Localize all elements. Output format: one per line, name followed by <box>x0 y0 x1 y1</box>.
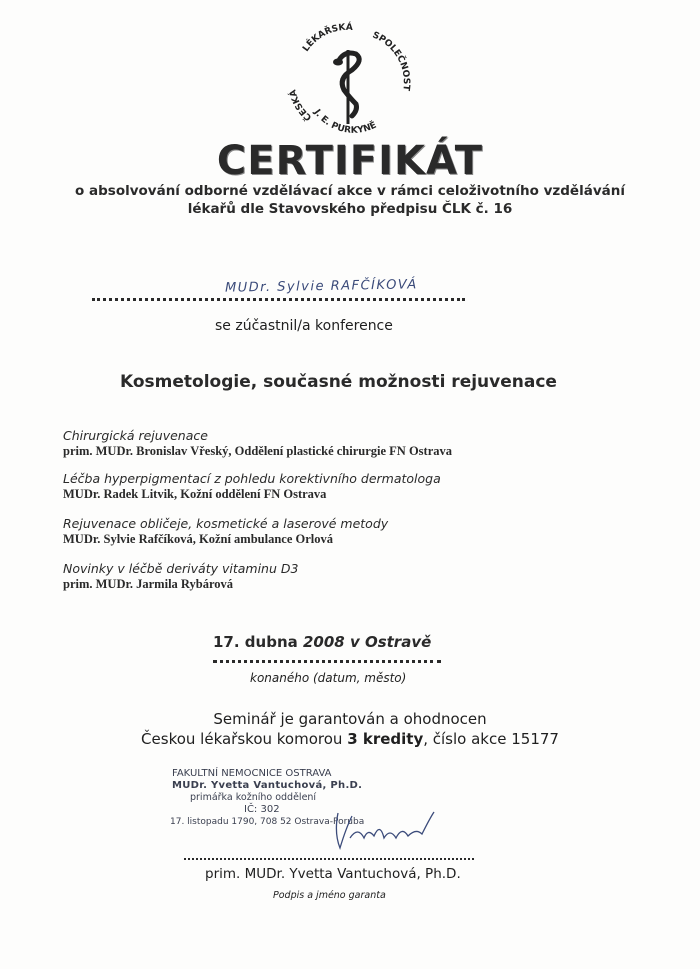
guarantor-name: prim. MUDr. Yvetta Vantuchová, Ph.D. <box>205 866 461 882</box>
guarantor-label: Podpis a jméno garanta <box>273 890 386 901</box>
guarantor-dotted-line <box>184 858 474 860</box>
lecture-title: Chirurgická rejuvenace <box>63 428 452 444</box>
guarantee-prefix: Českou lékařskou komorou <box>141 730 347 748</box>
event-date: 17. dubna 2008 v Ostravě <box>213 633 431 651</box>
certificate-subtitle-line1: o absolvování odborné vzdělávací akce v … <box>0 183 700 199</box>
stamp-line: FAKULTNÍ NEMOCNICE OSTRAVA <box>172 768 382 780</box>
handwritten-signature <box>330 808 440 853</box>
date-label: konaného (datum, město) <box>250 671 406 685</box>
certificate-title: CERTIFIKÁT <box>0 138 700 184</box>
event-date-day: 17. dubna <box>213 633 303 651</box>
conference-title: Kosmetologie, současné možnosti rejuvena… <box>120 372 557 392</box>
credits-value: 3 kredity <box>347 730 423 748</box>
lecture-author: prim. MUDr. Jarmila Rybárová <box>63 577 298 592</box>
logo-ring-bottom: J. E. PURKYNĚ <box>311 107 378 136</box>
guarantee-line1: Seminář je garantován a ohodnocen <box>0 710 700 728</box>
lecture-author: MUDr. Sylvie Rafčíková, Kožní ambulance … <box>63 532 388 547</box>
logo-ring-top: LÉKAŘSKÁ <box>301 21 353 54</box>
lecture-item: Léčba hyperpigmentací z pohledu korektiv… <box>63 471 441 502</box>
lecture-title: Rejuvenace obličeje, kosmetické a lasero… <box>63 516 388 532</box>
stamp-line: MUDr. Yvetta Vantuchová, Ph.D. <box>172 780 382 792</box>
guarantee-suffix: , číslo akce 15177 <box>423 730 559 748</box>
attended-text: se zúčastnil/a konference <box>215 318 393 334</box>
event-date-year-place: 2008 v Ostravě <box>303 633 431 651</box>
stamp-line: primářka kožního oddělení <box>190 792 382 804</box>
society-logo: ČESKÁ LÉKAŘSKÁ SPOLEČNOST J. E. PURKYNĚ <box>272 12 422 137</box>
participant-dotted-line <box>92 298 465 301</box>
lecture-item: Novinky v léčbě deriváty vitaminu D3 pri… <box>63 561 298 592</box>
logo-ring-right: SPOLEČNOST <box>371 30 411 92</box>
logo-ring-left: ČESKÁ <box>286 88 314 123</box>
date-dotted-line <box>213 660 441 663</box>
lecture-title: Léčba hyperpigmentací z pohledu korektiv… <box>63 471 441 487</box>
participant-name: MUDr. Sylvie RAFČÍKOVÁ <box>225 277 418 295</box>
rod-of-asclepius-icon <box>333 50 359 124</box>
lecture-title: Novinky v léčbě deriváty vitaminu D3 <box>63 561 298 577</box>
certificate-subtitle-line2: lékařů dle Stavovského předpisu ČLK č. 1… <box>0 201 700 217</box>
lecture-item: Chirurgická rejuvenace prim. MUDr. Broni… <box>63 428 452 459</box>
lecture-item: Rejuvenace obličeje, kosmetické a lasero… <box>63 516 388 547</box>
guarantee-line2: Českou lékařskou komorou 3 kredity, čísl… <box>0 730 700 748</box>
lecture-author: MUDr. Radek Litvik, Kožní oddělení FN Os… <box>63 487 441 502</box>
lecture-author: prim. MUDr. Bronislav Vřeský, Oddělení p… <box>63 444 452 459</box>
